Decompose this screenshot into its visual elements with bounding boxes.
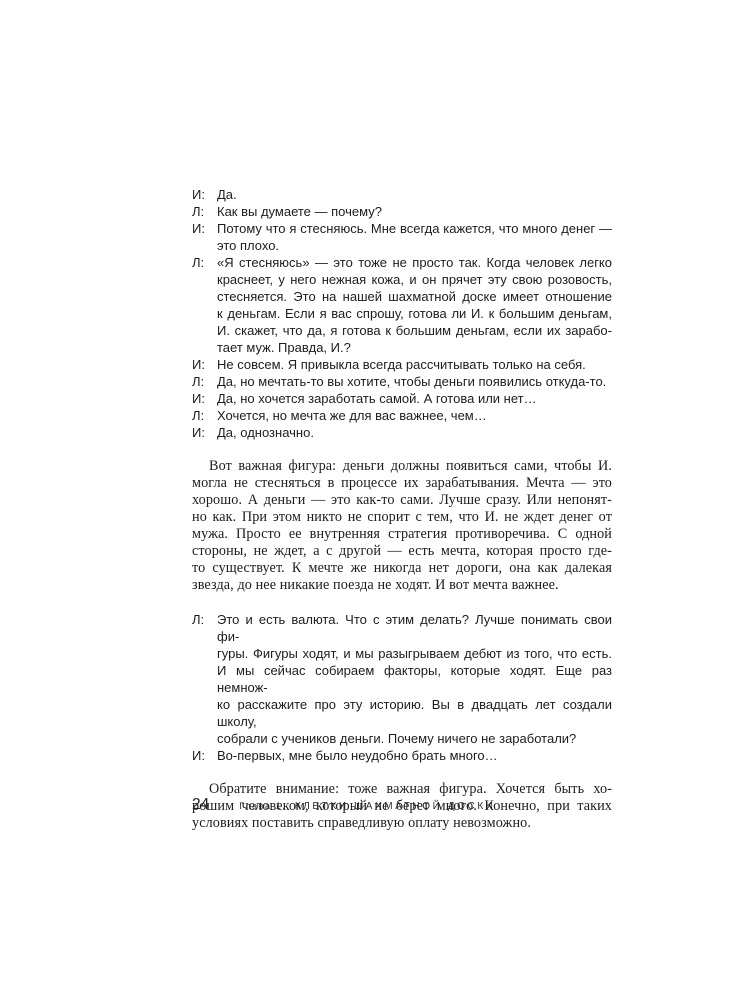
page-content: И:Да.Л:Как вы думаете — почему?И:Потому … xyxy=(192,186,612,832)
speaker-label: И: xyxy=(192,186,217,203)
text-line: Да, но мечтать-то вы хотите, чтобы деньг… xyxy=(217,373,612,390)
dialogue-turn: Л:Как вы думаете — почему? xyxy=(192,203,612,220)
speaker-label: Л: xyxy=(192,203,217,220)
text-line: тает муж. Правда, И.? xyxy=(217,339,612,356)
dialogue-turn: Л:Да, но мечтать-то вы хотите, чтобы ден… xyxy=(192,373,612,390)
text-line: Хочется, но мечта же для вас важнее, чем… xyxy=(217,407,612,424)
dialogue-turn: И:Потому что я стесняюсь. Мне всегда каж… xyxy=(192,220,612,254)
dialogue-turn: И:Да, однозначно. xyxy=(192,424,612,441)
text-line: Да, однозначно. xyxy=(217,424,612,441)
turn-text: Да, но мечтать-то вы хотите, чтобы деньг… xyxy=(217,373,612,390)
turn-text: Потому что я стесняюсь. Мне всегда кажет… xyxy=(217,220,612,254)
turn-text: «Я стесняюсь» — это тоже не просто так. … xyxy=(217,254,612,356)
dialogue-turn: И:Да, но хочется заработать самой. А гот… xyxy=(192,390,612,407)
text-line: «Я стесняюсь» — это тоже не просто так. … xyxy=(217,254,612,271)
speaker-label: И: xyxy=(192,220,217,254)
speaker-label: И: xyxy=(192,424,217,441)
turn-text: Во-первых, мне было неудобно брать много… xyxy=(217,747,612,764)
speaker-label: Л: xyxy=(192,254,217,356)
narrative-paragraph: Вот важная фигура: деньги должны появить… xyxy=(192,458,612,594)
text-line: краснеет, у него нежная кожа, и он пряче… xyxy=(217,271,612,288)
text-line: условиях поставить справедливую оплату н… xyxy=(192,815,612,832)
text-line: Да. xyxy=(217,186,612,203)
page-number: 24 xyxy=(192,796,209,814)
turn-text: Хочется, но мечта же для вас важнее, чем… xyxy=(217,407,612,424)
speaker-label: И: xyxy=(192,390,217,407)
text-line: то существует. К мечте же никогда нет до… xyxy=(192,560,612,577)
text-line: хорошо. А деньги — это как-то сами. Лучш… xyxy=(192,492,612,509)
turn-text: Это и есть валюта. Что с этим делать? Лу… xyxy=(217,611,612,747)
dialogue-turn: Л:«Я стесняюсь» — это тоже не просто так… xyxy=(192,254,612,356)
dialogue-turn: И:Не совсем. Я привыкла всегда рассчитыв… xyxy=(192,356,612,373)
speaker-label: И: xyxy=(192,747,217,764)
turn-text: Да. xyxy=(217,186,612,203)
text-line: но как. При этом никто не спорит с тем, … xyxy=(192,509,612,526)
turn-text: Как вы думаете — почему? xyxy=(217,203,612,220)
chapter-prefix: Глава 1. xyxy=(239,801,286,811)
speaker-label: Л: xyxy=(192,407,217,424)
text-line: гуры. Фигуры ходят, и мы разыгрываем деб… xyxy=(217,645,612,662)
page-footer: 24 Глава 1. КЛЕТКИ ШАХМАТНОЙ ДОСКИ xyxy=(192,796,612,814)
text-line: звезда, до нее никакие поезда не ходят. … xyxy=(192,577,612,594)
text-line: Как вы думаете — почему? xyxy=(217,203,612,220)
dialogue-turn: Л:Это и есть валюта. Что с этим делать? … xyxy=(192,611,612,747)
text-line: Да, но хочется заработать самой. А готов… xyxy=(217,390,612,407)
text-line: это плохо. xyxy=(217,237,612,254)
text-line: могла не стесняться в процессе их зараба… xyxy=(192,475,612,492)
text-line: к деньгам. Если я вас спрошу, готова ли … xyxy=(217,305,612,322)
dialogue-turn: И:Да. xyxy=(192,186,612,203)
dialogue-turn: Л:Хочется, но мечта же для вас важнее, ч… xyxy=(192,407,612,424)
text-line: собрали с учеников деньги. Почему ничего… xyxy=(217,730,612,747)
text-line: Не совсем. Я привыкла всегда рассчитыват… xyxy=(217,356,612,373)
text-line: ко расскажите про эту историю. Вы в двад… xyxy=(217,696,612,730)
speaker-label: Л: xyxy=(192,373,217,390)
text-line: стесняется. Это на нашей шахматной доске… xyxy=(217,288,612,305)
speaker-label: Л: xyxy=(192,611,217,747)
turn-text: Да, однозначно. xyxy=(217,424,612,441)
turn-text: Не совсем. Я привыкла всегда рассчитыват… xyxy=(217,356,612,373)
text-line: Вот важная фигура: деньги должны появить… xyxy=(192,458,612,475)
chapter-title: КЛЕТКИ ШАХМАТНОЙ ДОСКИ xyxy=(295,801,496,812)
running-title: Глава 1. КЛЕТКИ ШАХМАТНОЙ ДОСКИ xyxy=(239,796,495,814)
scanned-book-page: И:Да.Л:Как вы думаете — почему?И:Потому … xyxy=(0,0,750,1000)
text-line: стороны, не ждет, а с другой — есть мечт… xyxy=(192,543,612,560)
speaker-label: И: xyxy=(192,356,217,373)
text-line: И. скажет, что да, я готова к большим де… xyxy=(217,322,612,339)
text-line: мужа. Просто ее внутренняя стратегия про… xyxy=(192,526,612,543)
dialogue-block: И:Да.Л:Как вы думаете — почему?И:Потому … xyxy=(192,186,612,441)
dialogue-block: Л:Это и есть валюта. Что с этим делать? … xyxy=(192,611,612,764)
text-line: Это и есть валюта. Что с этим делать? Лу… xyxy=(217,611,612,645)
text-line: И мы сейчас собираем факторы, которые хо… xyxy=(217,662,612,696)
dialogue-turn: И:Во-первых, мне было неудобно брать мно… xyxy=(192,747,612,764)
text-line: Потому что я стесняюсь. Мне всегда кажет… xyxy=(217,220,612,237)
turn-text: Да, но хочется заработать самой. А готов… xyxy=(217,390,612,407)
text-line: Во-первых, мне было неудобно брать много… xyxy=(217,747,612,764)
